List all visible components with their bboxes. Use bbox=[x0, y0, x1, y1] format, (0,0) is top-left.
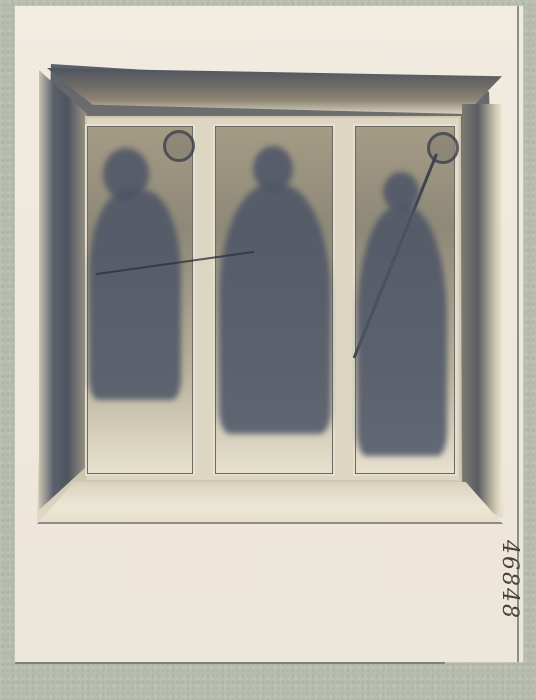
frame-left-molding bbox=[39, 70, 87, 510]
frame-right-molding bbox=[462, 104, 502, 514]
panel-left bbox=[85, 124, 195, 476]
photograph bbox=[37, 64, 503, 522]
mount-bottom-edge bbox=[15, 662, 445, 664]
triptych bbox=[85, 116, 461, 482]
panel-right bbox=[353, 124, 457, 476]
panel-center bbox=[213, 124, 335, 476]
figure-right-body bbox=[357, 206, 447, 456]
figure-center-body bbox=[219, 184, 331, 434]
frame-bottom-molding bbox=[37, 482, 503, 524]
figure-left-body bbox=[89, 190, 181, 400]
inventory-number: 46848 bbox=[492, 540, 522, 650]
halo-icon bbox=[163, 130, 195, 162]
